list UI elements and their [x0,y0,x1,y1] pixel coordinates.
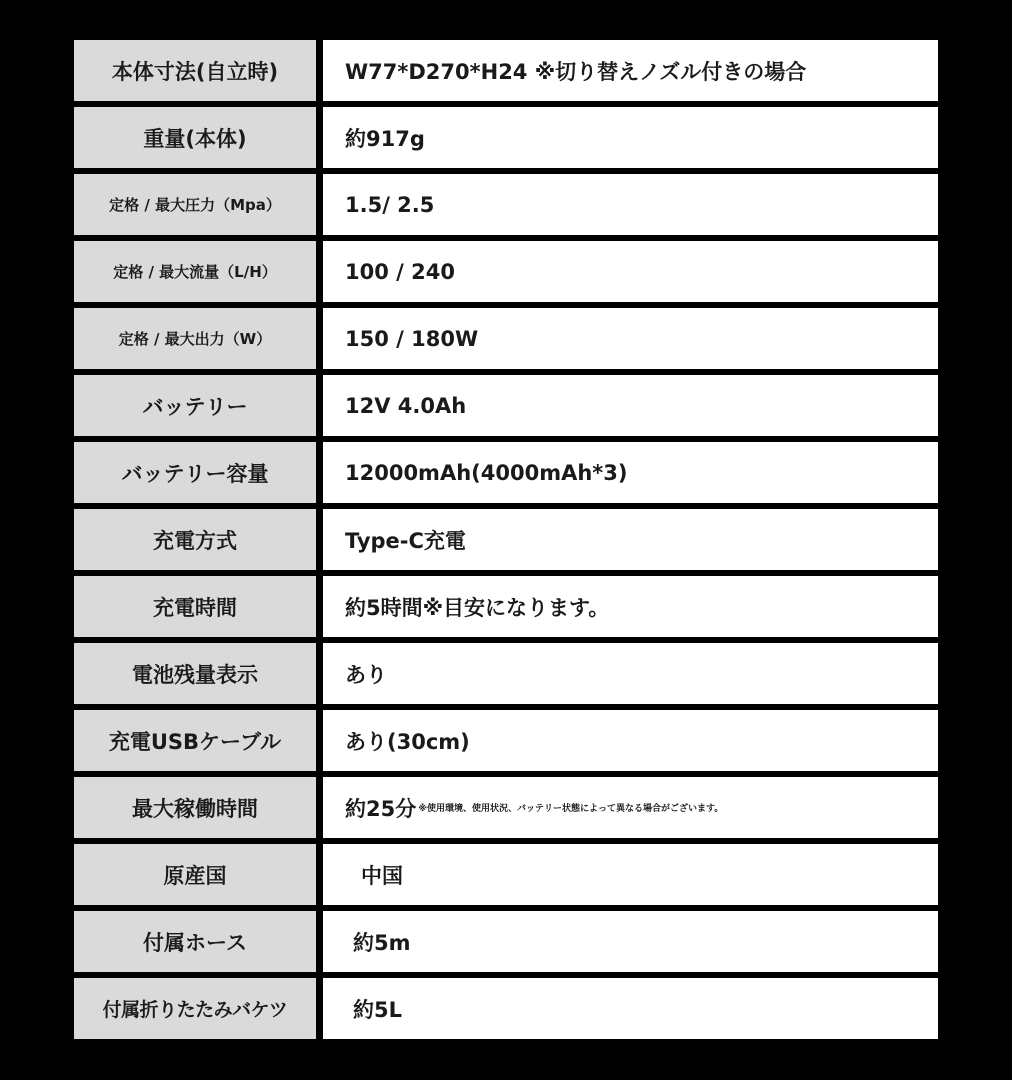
row-label: 最大稼働時間 [74,777,316,838]
table-row: 本体寸法(自立時) W77*D270*H24 ※切り替えノズル付きの場合 [74,40,938,101]
row-label: 付属折りたたみバケツ [74,978,316,1039]
row-value: 12000mAh(4000mAh*3) [323,442,938,503]
table-row: 電池残量表示 あり [74,643,938,704]
row-value: 約5m [323,911,938,972]
row-label: 本体寸法(自立時) [74,40,316,101]
value-note: ※使用環境、使用状況、バッテリー状態によって異なる場合がございます。 [418,801,723,814]
row-value: W77*D270*H24 ※切り替えノズル付きの場合 [323,40,938,101]
row-value: 12V 4.0Ah [323,375,938,436]
table-row: 重量(本体) 約917g [74,107,938,168]
value-main: 約25分 [345,793,416,823]
table-row: 充電USBケーブル あり(30cm) [74,710,938,771]
row-value: 中国 [323,844,938,905]
row-value: 約5時間※目安になります。 [323,576,938,637]
table-row: バッテリー 12V 4.0Ah [74,375,938,436]
row-value: 約25分 ※使用環境、使用状況、バッテリー状態によって異なる場合がございます。 [323,777,938,838]
row-value: あり(30cm) [323,710,938,771]
row-value: 150 / 180W [323,308,938,369]
row-label: 原産国 [74,844,316,905]
row-value: 約917g [323,107,938,168]
spec-table: 本体寸法(自立時) W77*D270*H24 ※切り替えノズル付きの場合 重量(… [74,40,938,1039]
table-row: 付属ホース 約5m [74,911,938,972]
row-label: 重量(本体) [74,107,316,168]
row-label: 定格 / 最大流量（L/H） [74,241,316,302]
row-label: 定格 / 最大圧力（Mpa） [74,174,316,235]
row-label: 付属ホース [74,911,316,972]
table-row: 定格 / 最大圧力（Mpa） 1.5/ 2.5 [74,174,938,235]
row-label: 電池残量表示 [74,643,316,704]
row-value: あり [323,643,938,704]
table-row: 最大稼働時間 約25分 ※使用環境、使用状況、バッテリー状態によって異なる場合が… [74,777,938,838]
table-row: 付属折りたたみバケツ 約5L [74,978,938,1039]
table-row: 定格 / 最大流量（L/H） 100 / 240 [74,241,938,302]
table-row: バッテリー容量 12000mAh(4000mAh*3) [74,442,938,503]
row-value: 100 / 240 [323,241,938,302]
row-label: 充電USBケーブル [74,710,316,771]
row-value: 1.5/ 2.5 [323,174,938,235]
row-value: Type-C充電 [323,509,938,570]
row-label: 充電方式 [74,509,316,570]
table-row: 定格 / 最大出力（W） 150 / 180W [74,308,938,369]
row-label: バッテリー容量 [74,442,316,503]
row-label: 充電時間 [74,576,316,637]
table-row: 充電時間 約5時間※目安になります。 [74,576,938,637]
row-label: 定格 / 最大出力（W） [74,308,316,369]
row-label: バッテリー [74,375,316,436]
row-value: 約5L [323,978,938,1039]
table-row: 充電方式 Type-C充電 [74,509,938,570]
table-row: 原産国 中国 [74,844,938,905]
